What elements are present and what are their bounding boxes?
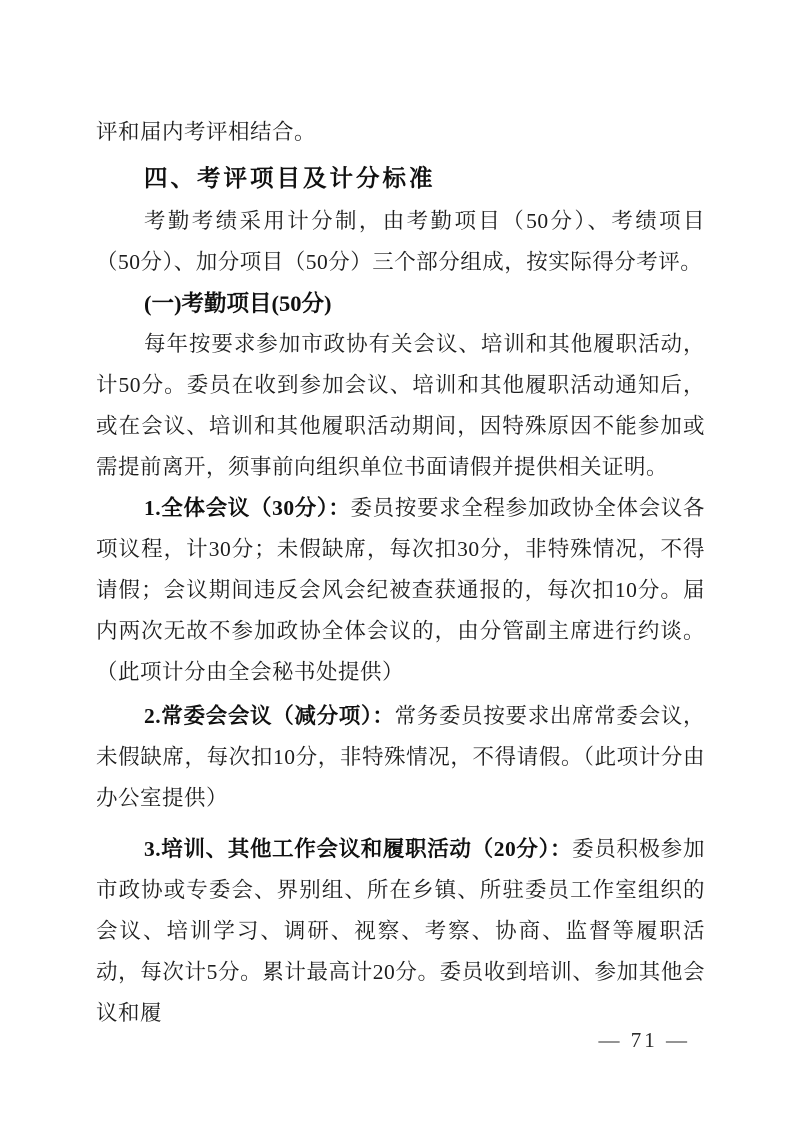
- item-standing-committee: 2.常委会会议（减分项）：常务委员按要求出席常委会议，未假缺席，每次扣10分，非…: [96, 696, 705, 819]
- item-3-lead: 3.培训、其他工作会议和履职活动（20分）：: [144, 837, 572, 861]
- page-content: 评和届内考评相结合。 四、考评项目及计分标准 考勤考绩采用计分制，由考勤项目（5…: [96, 112, 705, 1034]
- item-3-text: 委员积极参加市政协或专委会、界别组、所在乡镇、所驻委员工作室组织的会议、培训学习…: [96, 837, 705, 1025]
- item-training-activities: 3.培训、其他工作会议和履职活动（20分）：委员积极参加市政协或专委会、界别组、…: [96, 829, 705, 1034]
- page-number: — 71 —: [599, 1026, 691, 1054]
- continuation-line: 评和届内考评相结合。: [96, 112, 705, 153]
- subsection-heading: (一)考勤项目(50分): [96, 283, 705, 324]
- item-1-lead: 1.全体会议（30分）：: [144, 496, 351, 520]
- item-plenary-session: 1.全体会议（30分）：委员按要求全程参加政协全体会议各项议程，计30分；未假缺…: [96, 488, 705, 693]
- attendance-intro-paragraph: 每年按要求参加市政协有关会议、培训和其他履职活动，计50分。委员在收到参加会议、…: [96, 324, 705, 488]
- document-page: 评和届内考评相结合。 四、考评项目及计分标准 考勤考绩采用计分制，由考勤项目（5…: [0, 0, 793, 1122]
- item-1-text: 委员按要求全程参加政协全体会议各项议程，计30分；未假缺席，每次扣30分，非特殊…: [96, 496, 705, 684]
- section-heading: 四、考评项目及计分标准: [96, 158, 705, 199]
- item-2-lead: 2.常委会会议（减分项）：: [144, 704, 395, 728]
- intro-paragraph: 考勤考绩采用计分制，由考勤项目（50分）、考绩项目（50分）、加分项目（50分）…: [96, 201, 705, 283]
